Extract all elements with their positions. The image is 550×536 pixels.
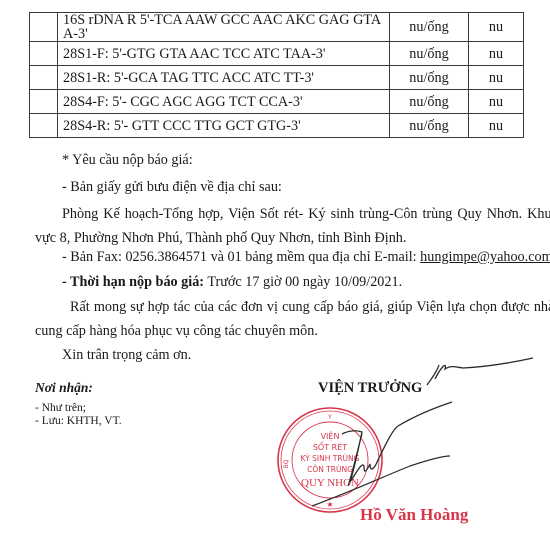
requirements-heading: * Yêu cầu nộp báo giá: <box>62 153 193 167</box>
row-index-cell <box>30 42 58 66</box>
recipients-title: Nơi nhận: <box>35 380 93 396</box>
deadline-value: Trước 17 giờ 00 ngày 10/09/2021. <box>204 274 402 290</box>
row-index-cell <box>30 13 58 42</box>
table-row: 28S1-F: 5'-GTG GTA AAC TCC ATC TAA-3'nu/… <box>30 42 524 66</box>
deadline-label: - Thời hạn nộp báo giá: <box>62 274 204 290</box>
primer-sequence-cell: 28S4-R: 5'- GTT CCC TTG GCT GTG-3' <box>58 114 390 138</box>
row-index-cell <box>30 114 58 138</box>
unit-short-cell: nu <box>469 114 524 138</box>
table-row: 16S rDNA R 5'-TCA AAW GCC AAC AKC GAG GT… <box>30 13 524 42</box>
thanks-line: Xin trân trọng cảm ơn. <box>62 348 191 362</box>
table-row: 28S1-R: 5'-GCA TAG TTC ACC ATC TT-3'nu/ố… <box>30 66 524 90</box>
unit-cell: nu/ống <box>390 42 469 66</box>
signer-name: Hồ Văn Hoàng <box>360 505 468 525</box>
email-link[interactable]: hungimpe@yahoo.com <box>420 249 550 265</box>
primer-table: 16S rDNA R 5'-TCA AAW GCC AAC AKC GAG GT… <box>29 12 524 138</box>
table-row: 28S4-F: 5'- CGC AGC AGG TCT CCA-3'nu/ống… <box>30 90 524 114</box>
primer-sequence-cell: 28S4-F: 5'- CGC AGC AGG TCT CCA-3' <box>58 90 390 114</box>
primer-sequence-cell: 28S1-F: 5'-GTG GTA AAC TCC ATC TAA-3' <box>58 42 390 66</box>
svg-text:BQ: BQ <box>283 459 290 468</box>
unit-short-cell: nu <box>469 13 524 42</box>
unit-short-cell: nu <box>469 90 524 114</box>
primer-sequence-cell: 16S rDNA R 5'-TCA AAW GCC AAC AKC GAG GT… <box>58 13 390 42</box>
unit-cell: nu/ống <box>390 66 469 90</box>
recipient-item: - Như trên; <box>35 402 86 414</box>
primer-sequence-cell: 28S1-R: 5'-GCA TAG TTC ACC ATC TT-3' <box>58 66 390 90</box>
fax-text: - Bản Fax: 0256.3864571 và 01 bảng mềm q… <box>62 249 420 265</box>
recipient-item: - Lưu: KHTH, VT. <box>35 415 122 427</box>
row-index-cell <box>30 90 58 114</box>
unit-cell: nu/ống <box>390 114 469 138</box>
unit-short-cell: nu <box>469 66 524 90</box>
address-line-1: Phòng Kế hoạch-Tổng hợp, Viện Sốt rét- K… <box>62 207 550 221</box>
fax-email-line: - Bản Fax: 0256.3864571 và 01 bảng mềm q… <box>62 250 550 264</box>
signature-flourish-icon <box>425 355 535 390</box>
row-index-cell <box>30 66 58 90</box>
table-row: 28S4-R: 5'- GTT CCC TTG GCT GTG-3'nu/ống… <box>30 114 524 138</box>
unit-cell: nu/ống <box>390 13 469 42</box>
address-line-2: vực 8, Phường Nhơn Phú, Thành phố Quy Nh… <box>35 231 406 245</box>
deadline-line: - Thời hạn nộp báo giá: Trước 17 giờ 00 … <box>62 275 402 289</box>
signer-title: VIỆN TRƯỞNG <box>318 380 422 397</box>
cooperation-line-1: Rất mong sự hợp tác của các đơn vị cung … <box>70 300 550 314</box>
unit-short-cell: nu <box>469 42 524 66</box>
cooperation-line-2: cung cấp hàng hóa phục vụ công tác chuyê… <box>35 324 318 338</box>
paper-copy-instruction: - Bản giấy gửi bưu điện về địa chỉ sau: <box>62 180 282 194</box>
unit-cell: nu/ống <box>390 90 469 114</box>
handwritten-signature-icon <box>300 400 460 510</box>
